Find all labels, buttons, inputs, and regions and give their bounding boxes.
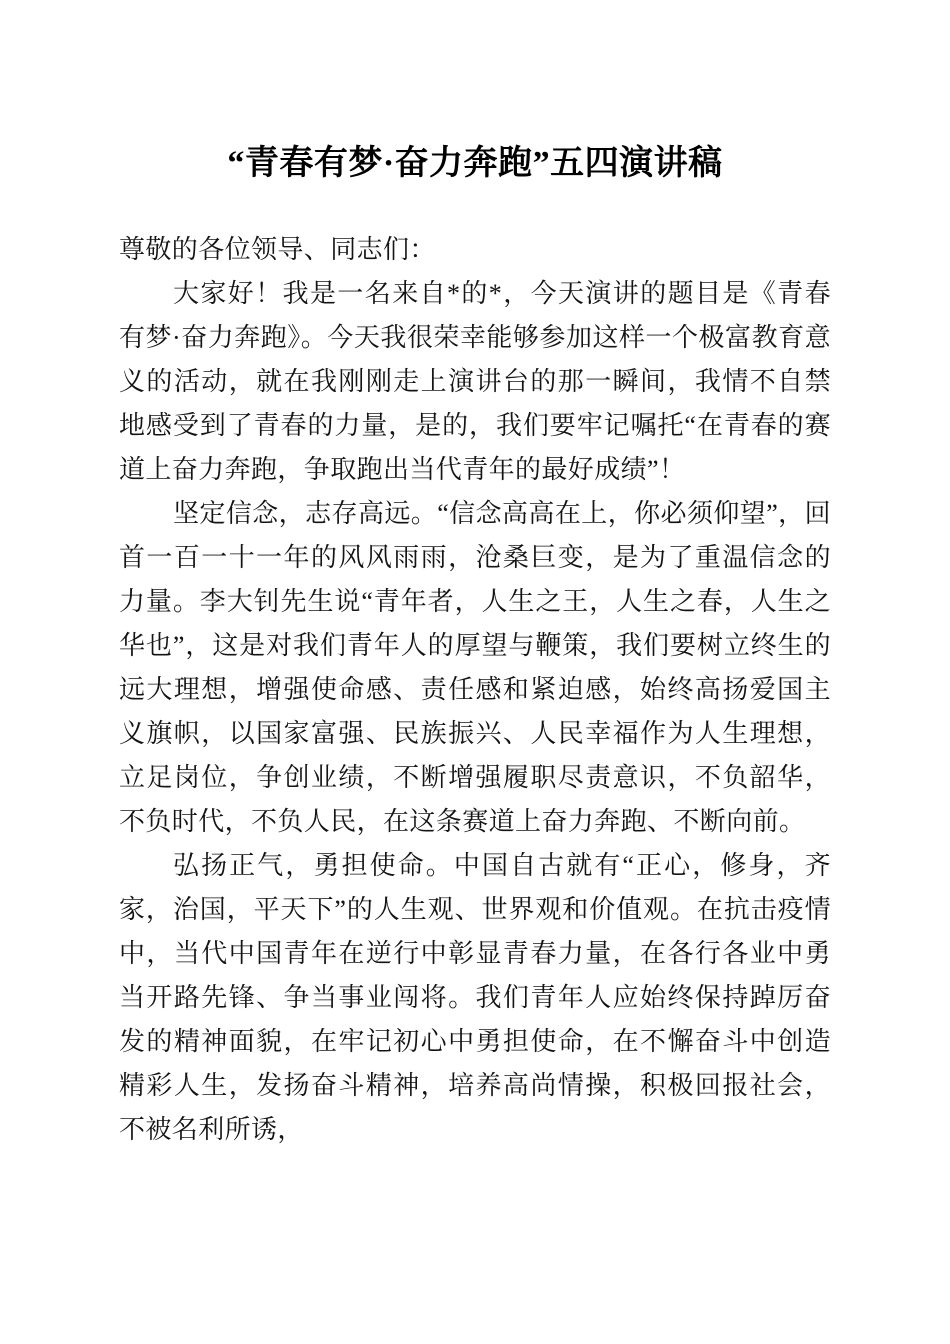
document-page: “青春有梦·奋力奔跑”五四演讲稿 尊敬的各位领导、同志们： 大家好！我是一名来自… <box>0 0 950 1344</box>
paragraph-ideals: 坚定信念，志存高远。“信念高高在上，你必须仰望”，回首一百一十一年的风风雨雨，沧… <box>119 492 831 844</box>
paragraph-mission: 弘扬正气，勇担使命。中国自古就有“正心，修身，齐家，治国，平天下”的人生观、世界… <box>119 844 831 1152</box>
paragraph-intro: 大家好！我是一名来自*的*，今天演讲的题目是《青春有梦·奋力奔跑》。今天我很荣幸… <box>119 272 831 492</box>
document-content: “青春有梦·奋力奔跑”五四演讲稿 尊敬的各位领导、同志们： 大家好！我是一名来自… <box>0 0 950 1152</box>
salutation-line: 尊敬的各位领导、同志们： <box>119 228 831 272</box>
document-title: “青春有梦·奋力奔跑”五四演讲稿 <box>119 139 831 189</box>
